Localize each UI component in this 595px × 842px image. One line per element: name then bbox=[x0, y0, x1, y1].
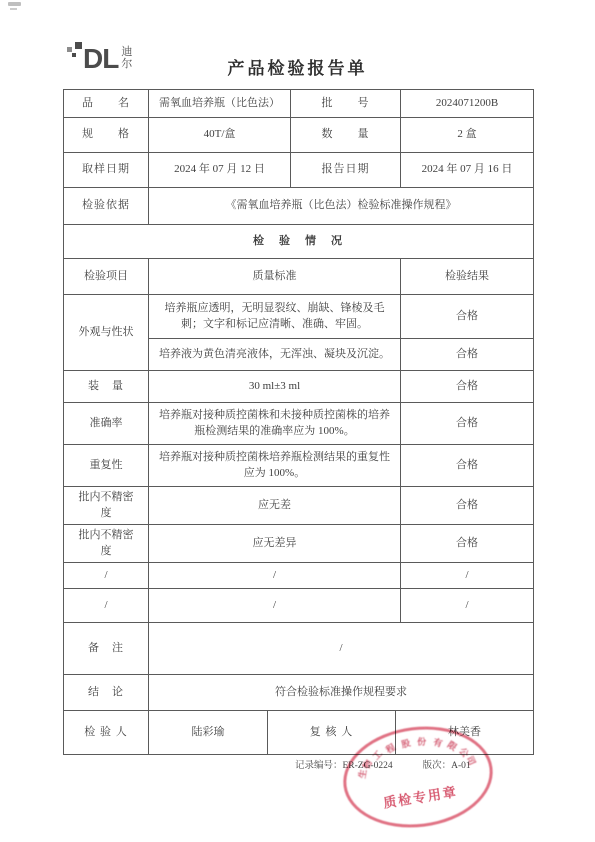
sampling-date-value: 2024 年 07 月 12 日 bbox=[149, 153, 291, 188]
head-result: 检验结果 bbox=[401, 259, 534, 295]
section-title: 检 验 情 况 bbox=[64, 225, 534, 259]
report-date-value: 2024 年 07 月 16 日 bbox=[401, 153, 534, 188]
row-product-name: 品 名 需氧血培养瓶（比色法） 批 号 2024071200B bbox=[64, 90, 534, 118]
conclusion-label: 结 论 bbox=[64, 675, 149, 711]
accuracy-standard: 培养瓶对接种质控菌株和未接种质控菌株的培养瓶检测结果的准确率应为 100%。 bbox=[149, 403, 401, 445]
basis-value: 《需氧血培养瓶（比色法）检验标准操作规程》 bbox=[149, 188, 534, 225]
sampling-date-label: 取样日期 bbox=[64, 153, 149, 188]
batch-no-label: 批 号 bbox=[291, 90, 401, 118]
head-standard: 质量标准 bbox=[149, 259, 401, 295]
appearance-standard-1: 培养瓶应透明，无明显裂纹、崩缺、锋棱及毛刺；文字和标记应清晰、准确、牢固。 bbox=[149, 295, 401, 339]
report-date-label: 报告日期 bbox=[291, 153, 401, 188]
basis-label: 检验依据 bbox=[64, 188, 149, 225]
report-title: 产品检验报告单 bbox=[0, 54, 595, 79]
imprecision-2-label: 批内不精密度 bbox=[64, 525, 149, 563]
reviewer-label: 复 核 人 bbox=[268, 711, 396, 755]
imprecision-2-standard: 应无差异 bbox=[149, 525, 401, 563]
inspector-name: 陆彩瑜 bbox=[149, 711, 268, 755]
stamp-center-text: 质检专用章 bbox=[345, 775, 496, 817]
record-number: 记录编号：ER-ZG-0224 bbox=[295, 757, 393, 771]
row-appearance-1: 外观与性状 培养瓶应透明，无明显裂纹、崩缺、锋棱及毛刺；文字和标记应清晰、准确、… bbox=[64, 295, 534, 339]
row-empty-2: / / / bbox=[64, 589, 534, 623]
appearance-result-2: 合格 bbox=[401, 339, 534, 371]
repeatability-result: 合格 bbox=[401, 445, 534, 487]
remark-label: 备 注 bbox=[64, 623, 149, 675]
row-dates: 取样日期 2024 年 07 月 12 日 报告日期 2024 年 07 月 1… bbox=[64, 153, 534, 188]
empty-2-standard: / bbox=[149, 589, 401, 623]
quantity-value: 2 盒 bbox=[401, 118, 534, 153]
scan-smudge bbox=[8, 2, 21, 6]
remark-value: / bbox=[149, 623, 534, 675]
report-table: 品 名 需氧血培养瓶（比色法） 批 号 2024071200B 规 格 40T/… bbox=[63, 89, 534, 755]
row-accuracy: 准确率 培养瓶对接种质控菌株和未接种质控菌株的培养瓶检测结果的准确率应为 100… bbox=[64, 403, 534, 445]
row-spec: 规 格 40T/盒 数 量 2 盒 bbox=[64, 118, 534, 153]
version-number: 版次：A-01 bbox=[423, 757, 471, 771]
row-table-head: 检验项目 质量标准 检验结果 bbox=[64, 259, 534, 295]
accuracy-label: 准确率 bbox=[64, 403, 149, 445]
batch-no-value: 2024071200B bbox=[401, 90, 534, 118]
empty-1-result: / bbox=[401, 563, 534, 589]
reviewer-name: 林美香 bbox=[396, 711, 534, 755]
product-name-label: 品 名 bbox=[64, 90, 149, 118]
row-basis: 检验依据 《需氧血培养瓶（比色法）检验标准操作规程》 bbox=[64, 188, 534, 225]
appearance-label: 外观与性状 bbox=[64, 295, 149, 371]
row-signoff: 检 验 人 陆彩瑜 复 核 人 林美香 bbox=[64, 711, 534, 755]
row-section-title: 检 验 情 况 bbox=[64, 225, 534, 259]
imprecision-1-label: 批内不精密度 bbox=[64, 487, 149, 525]
imprecision-2-result: 合格 bbox=[401, 525, 534, 563]
appearance-standard-2: 培养液为黄色清亮液体，无浑浊、凝块及沉淀。 bbox=[149, 339, 401, 371]
repeatability-standard: 培养瓶对接种质控菌株培养瓶检测结果的重复性应为 100%。 bbox=[149, 445, 401, 487]
row-imprecision-1: 批内不精密度 应无差 合格 bbox=[64, 487, 534, 525]
row-conclusion: 结 论 符合检验标准操作规程要求 bbox=[64, 675, 534, 711]
row-empty-1: / / / bbox=[64, 563, 534, 589]
quantity-label: 数 量 bbox=[291, 118, 401, 153]
row-fill-volume: 装 量 30 ml±3 ml 合格 bbox=[64, 371, 534, 403]
appearance-result-1: 合格 bbox=[401, 295, 534, 339]
empty-1-standard: / bbox=[149, 563, 401, 589]
conclusion-value: 符合检验标准操作规程要求 bbox=[149, 675, 534, 711]
row-imprecision-2: 批内不精密度 应无差异 合格 bbox=[64, 525, 534, 563]
row-remark: 备 注 / bbox=[64, 623, 534, 675]
repeatability-label: 重复性 bbox=[64, 445, 149, 487]
inspector-label: 检 验 人 bbox=[64, 711, 149, 755]
accuracy-result: 合格 bbox=[401, 403, 534, 445]
row-repeatability: 重复性 培养瓶对接种质控菌株培养瓶检测结果的重复性应为 100%。 合格 bbox=[64, 445, 534, 487]
head-item: 检验项目 bbox=[64, 259, 149, 295]
fill-volume-result: 合格 bbox=[401, 371, 534, 403]
empty-2-label: / bbox=[64, 589, 149, 623]
spec-value: 40T/盒 bbox=[149, 118, 291, 153]
empty-1-label: / bbox=[64, 563, 149, 589]
footer-record-line: 记录编号：ER-ZG-0224 版次：A-01 bbox=[295, 757, 471, 771]
spec-label: 规 格 bbox=[64, 118, 149, 153]
fill-volume-standard: 30 ml±3 ml bbox=[149, 371, 401, 403]
scan-smudge-small bbox=[10, 8, 17, 10]
report-page: DL 迪 尔 产品检验报告单 品 名 需氧血培养瓶（比色法） 批 号 20240… bbox=[0, 0, 595, 842]
imprecision-1-standard: 应无差 bbox=[149, 487, 401, 525]
product-name-value: 需氧血培养瓶（比色法） bbox=[149, 90, 291, 118]
imprecision-1-result: 合格 bbox=[401, 487, 534, 525]
empty-2-result: / bbox=[401, 589, 534, 623]
fill-volume-label: 装 量 bbox=[64, 371, 149, 403]
